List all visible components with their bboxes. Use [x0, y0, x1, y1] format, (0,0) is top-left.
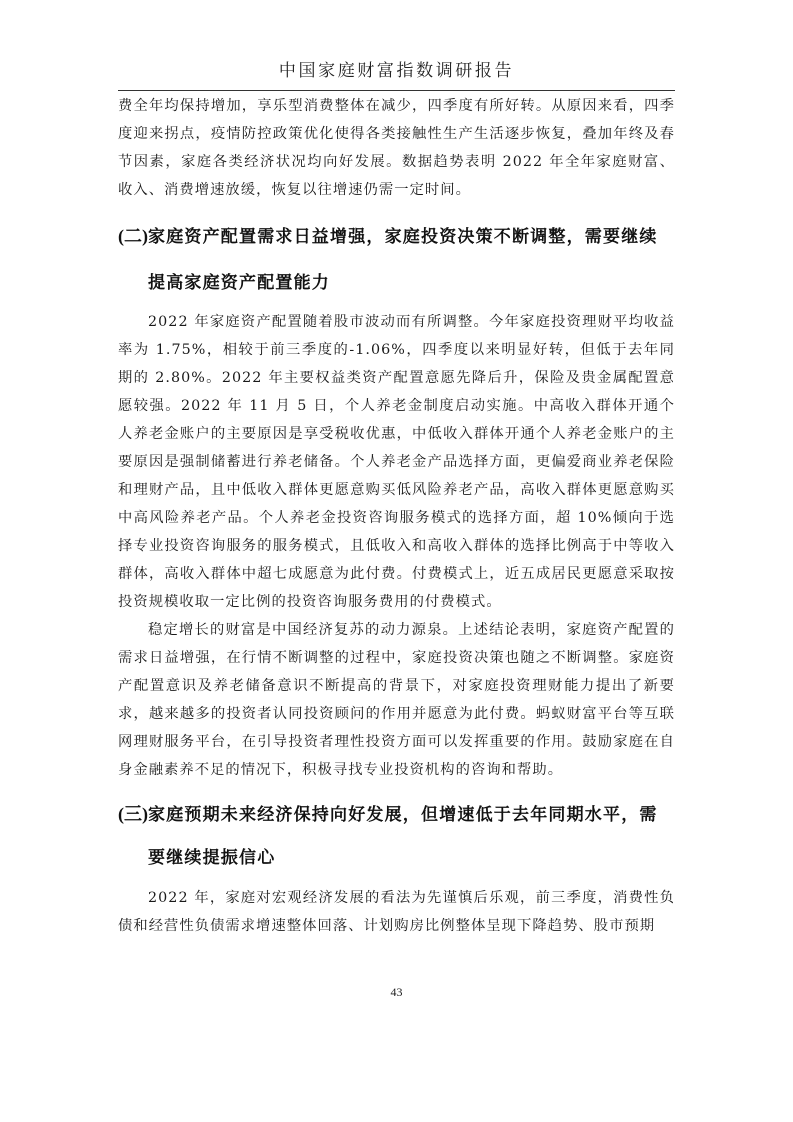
- paragraph-conclusion: 稳定增长的财富是中国经济复苏的动力源泉。上述结论表明，家庭资产配置的需求日益增强…: [118, 616, 675, 784]
- page-header: 中国家庭财富指数调研报告: [118, 54, 675, 91]
- paragraph-asset-allocation: 2022 年家庭资产配置随着股市波动而有所调整。今年家庭投资理财平均收益率为 1…: [118, 308, 675, 616]
- section-heading-2: (二)家庭资产配置需求日益增强，家庭投资决策不断调整，需要继续 提高家庭资产配置…: [118, 224, 675, 295]
- section-heading-3-line2: 要继续提振信心: [118, 846, 675, 870]
- section-heading-2-line1: (二)家庭资产配置需求日益增强，家庭投资决策不断调整，需要继续: [118, 224, 675, 249]
- page-content: 费全年均保持增加，享乐型消费整体在减少，四季度有所好转。从原因来看，四季度迎来拐…: [118, 92, 675, 940]
- section-heading-3: (三)家庭预期未来经济保持向好发展，但增速低于去年同期水平，需 要继续提振信心: [118, 802, 675, 870]
- section-heading-text: 家庭预期未来经济保持向好发展，但增速低于去年同期水平，需: [148, 805, 658, 825]
- section-number: (二): [118, 226, 148, 246]
- section-number: (三): [118, 804, 148, 824]
- section-heading-text: 家庭资产配置需求日益增强，家庭投资决策不断调整，需要继续: [148, 227, 658, 247]
- paragraph-macro-outlook: 2022 年，家庭对宏观经济发展的看法为先谨慎后乐观，前三季度，消费性负债和经营…: [118, 884, 675, 940]
- report-title: 中国家庭财富指数调研报告: [118, 60, 675, 82]
- section-heading-2-line2: 提高家庭资产配置能力: [118, 271, 675, 295]
- paragraph-continued: 费全年均保持增加，享乐型消费整体在减少，四季度有所好转。从原因来看，四季度迎来拐…: [118, 92, 675, 204]
- page-number: 43: [0, 985, 793, 1000]
- section-heading-3-line1: (三)家庭预期未来经济保持向好发展，但增速低于去年同期水平，需: [118, 802, 675, 827]
